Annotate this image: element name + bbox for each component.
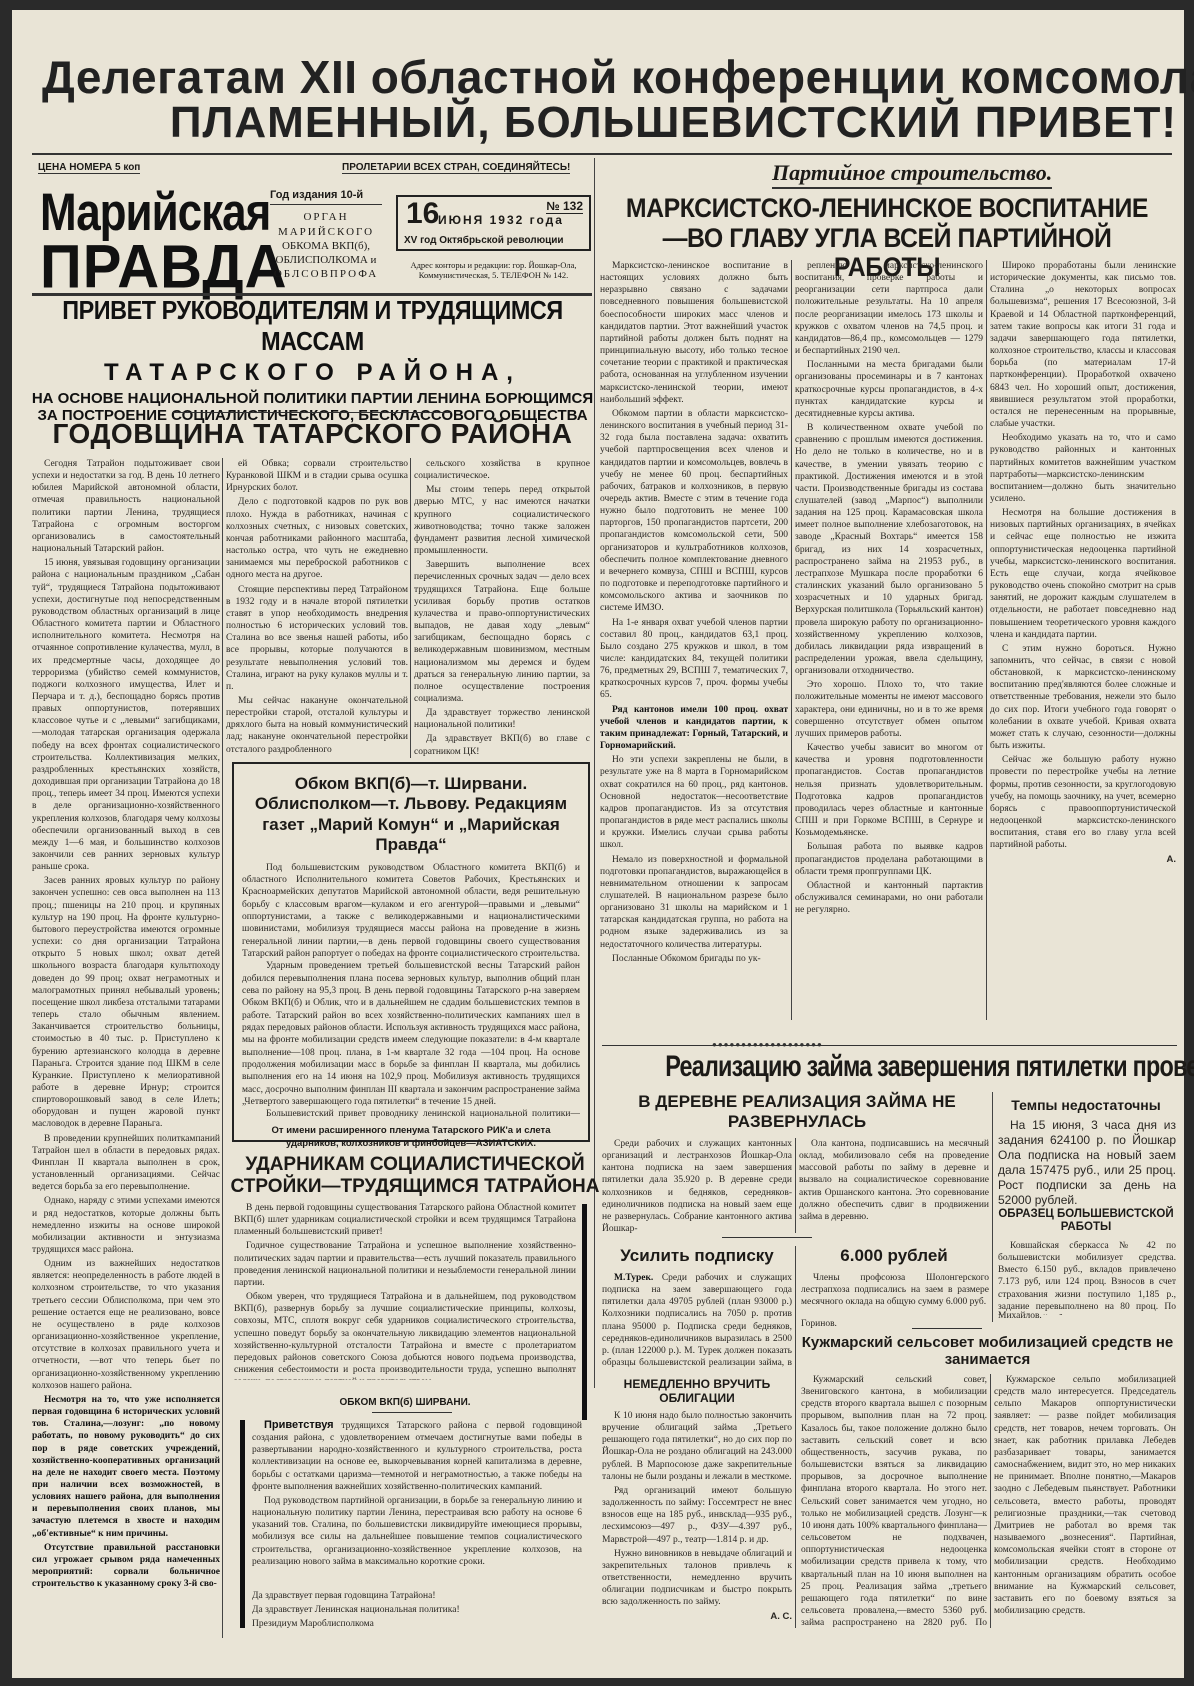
paragraph: В количественном охвате учебой по сравне…	[795, 422, 983, 677]
paragraph: Обком уверен, что трудящиеся Татрайона и…	[234, 1291, 576, 1380]
udarnikam-signature: ОБКОМ ВКП(б) ШИРВАНИ.	[234, 1396, 576, 1410]
headline-greeting: ПРИВЕТ РУКОВОДИТЕЛЯМ И ТРУДЯЩИМСЯ МАССАМ…	[30, 295, 595, 425]
year-of-issue: Год издания 10-й	[270, 188, 382, 205]
organ-block: Год издания 10-й ОРГАН МАРИЙСКОГО ОБКОМА…	[270, 188, 382, 282]
paragraph: реплению марксистско-ленинского воспитан…	[795, 260, 983, 357]
article-column: Марксистско-ленинское воспитание в насто…	[600, 260, 788, 1020]
paragraph: Посланными на места бригадами были орган…	[795, 359, 983, 420]
divider	[722, 1237, 812, 1238]
headline-anniversary: ГОДОВЩИНА ТАТАРСКОГО РАЙОНА	[30, 418, 595, 450]
article-column: ей Обвка; сорвали строительство Куранков…	[226, 458, 408, 758]
signature: Президиум Мароблисполкома	[252, 1618, 582, 1632]
paragraph: С этим нужно бороться. Нужно запомнить, …	[990, 643, 1176, 752]
paragraph: Несмотря на то, что уже исполняется перв…	[32, 1394, 220, 1540]
headline-line: ПРИВЕТ РУКОВОДИТЕЛЯМ И ТРУДЯЩИМСЯ МАССАМ	[58, 295, 567, 357]
article-column: Кужмарское сельпо мобилизацией средств м…	[994, 1374, 1176, 1628]
telegram-box: Обком ВКП(б)—т. Ширвани. Облисполком—т. …	[232, 762, 590, 1142]
paragraph: Да здравствует ВКП(б) во главе с соратни…	[414, 733, 590, 757]
headline-kuzhmar: Кужмарский сельсовет мобилизацией средст…	[799, 1334, 1176, 1369]
paragraph: Мы стоим теперь перед открытой дверью МТ…	[414, 484, 590, 557]
signature: Михайлов.	[998, 1310, 1176, 1324]
paragraph: Необходимо указать на то, что и само рук…	[990, 432, 1176, 505]
article-column: Широко проработаны были ленинские истори…	[990, 260, 1176, 1020]
divider	[372, 1412, 452, 1413]
paragraph: Однако, наряду с этими успехами имеются …	[32, 1195, 220, 1256]
headline-loan: Реализацию займа завершения пятилетки пр…	[665, 1050, 1114, 1084]
telegram-title: Обком ВКП(б)—т. Ширвани. Облисполком—т. …	[242, 774, 580, 856]
column-divider	[990, 1374, 991, 1628]
paragraph: 15 июня, увязывая годовщину организации …	[32, 557, 220, 873]
article-column: сельского хозяйства в крупное социалисти…	[414, 458, 590, 758]
column-divider	[986, 260, 987, 1020]
divider	[602, 1045, 1177, 1046]
paragraph: Нужно виновников в невыдаче облигаций и …	[602, 1548, 792, 1609]
headline-village-loan: В ДЕРЕВНЕ РЕАЛИЗАЦИЯ ЗАЙМА НЕ РАЗВЕРНУЛА…	[602, 1092, 992, 1131]
paragraph: трудящихся Татарского района с первой го…	[252, 1421, 582, 1492]
column-divider	[992, 1092, 993, 1322]
newspaper-page: Делегатам XII областной конференции комс…	[12, 10, 1184, 1678]
column-divider	[795, 1138, 796, 1233]
telegram-body: Под большевистским руководством Областно…	[242, 862, 580, 1120]
paragraph: Сегодня Татрайон подытоживает свои успех…	[32, 458, 220, 555]
organ-line: ОБЛИСПОЛКОМА и	[270, 253, 382, 267]
logo-line-2: ПРАВДА	[40, 238, 255, 296]
signature: Горинов.	[801, 1318, 979, 1332]
paragraph: Ковшайская сберкасса № 42 по большевистс…	[998, 1240, 1176, 1315]
paragraph: В день первой годовщины существования Та…	[234, 1202, 576, 1238]
rubric-party-building: Партийное строительство.	[772, 160, 1052, 189]
paragraph: Несмотря на большие достижения в низовых…	[990, 507, 1176, 641]
paragraph: Ряд организаций имеют большую задолженно…	[602, 1485, 792, 1546]
paragraph: К 10 июня надо было полностью закончить …	[602, 1410, 792, 1483]
date-day: 16	[406, 197, 439, 231]
slogan: ПРОЛЕТАРИИ ВСЕХ СТРАН, СОЕДИНЯЙТЕСЬ!	[342, 162, 570, 174]
location-lead: М.Турек.	[614, 1273, 653, 1283]
headline-line: ТАТАРСКОГО РАЙОНА,	[30, 359, 595, 387]
signature: А.	[990, 854, 1176, 866]
paragraph: Годичное существование Татрайона и успеш…	[234, 1240, 576, 1289]
border-bar	[582, 1204, 587, 1420]
paragraph: Большая работа по выявке кадров пропаган…	[795, 841, 983, 877]
signature: А. С.	[602, 1611, 792, 1623]
price-label: ЦЕНА НОМЕРА 5 коп	[38, 162, 140, 174]
paragraph: Одним из важнейших недостатков является:…	[32, 1258, 220, 1392]
paragraph: сельского хозяйства в крупное социалисти…	[414, 458, 590, 482]
article-column: Кужмарский сельский совет, Звениговского…	[801, 1374, 987, 1628]
date-month: ИЮНЯ 1932 года	[438, 213, 564, 227]
paragraph: Это хорошо. Плохо то, что такие положите…	[795, 679, 983, 740]
paragraph: Посланные Обкомом бригады по ук-	[600, 953, 788, 965]
paragraph: Мы сейчас накануне окончательной перестр…	[226, 695, 408, 756]
paragraph: ей Обвка; сорвали строительство Куранков…	[226, 458, 408, 494]
paragraph: Ряд кантонов имели 100 проц. охват учебо…	[600, 704, 788, 753]
telegram-signature-2: ударников, колхозников и финбойцев—АЗИАТ…	[242, 1137, 580, 1150]
paragraph: Засев ранних яровых культур по району за…	[32, 875, 220, 1130]
paragraph: Областной и кантонный партактив обслужив…	[795, 880, 983, 916]
paragraph: Кужмарский сельский совет, Звениговского…	[801, 1374, 987, 1628]
organ-line: ОБЛСОВПРОФА	[270, 267, 382, 281]
paragraph: Обкомом партии в области марксистско-лен…	[600, 408, 788, 615]
paragraph: Ударным проведением третьей большевистск…	[242, 960, 580, 1108]
slogan-line: Да здравствует Ленинская национальная по…	[252, 1604, 582, 1618]
article-column: На 15 июня, 3 часа дня из задания 624100…	[998, 1118, 1176, 1208]
paragraph: Немало из поверхностной и формальной под…	[600, 854, 788, 951]
headline-pace: Темпы недостаточны	[996, 1097, 1176, 1113]
article-column: реплению марксистско-ленинского воспитан…	[795, 260, 983, 1020]
article-column: Ковшайская сберкасса № 42 по большевистс…	[998, 1240, 1176, 1315]
paragraph: Сейчас же большую работу нужно провести …	[990, 754, 1176, 851]
paragraph: Да здравствует торжество ленинской нацио…	[414, 707, 590, 731]
paragraph: Среди рабочих и служащих подписка на зае…	[602, 1273, 792, 1370]
paragraph: Дело с подготовкой кадров по рук вов пло…	[226, 496, 408, 581]
paragraph: Кужмарское сельпо мобилизацией средств м…	[994, 1374, 1176, 1617]
banner-line-2: ПЛАМЕННЫЙ, БОЛЬШЕВИСТСКИЙ ПРИВЕТ!	[12, 98, 1177, 148]
headline-6000-rubles: 6.000 рублей	[799, 1246, 989, 1266]
telegram-signature-1: От имени расширенного пленума Татарского…	[242, 1124, 580, 1137]
article-column: Сегодня Татрайон подытоживает свои успех…	[32, 458, 220, 1638]
article-column: В день первой годовщины существования Та…	[234, 1202, 576, 1380]
article-column: Члены профсоюза Шолонгерского лестрапхоз…	[801, 1272, 989, 1322]
slogan-line: Да здравствует первая годовщина Татрайон…	[252, 1590, 582, 1604]
organ-line: МАРИЙСКОГО	[270, 225, 382, 239]
divider	[172, 412, 452, 413]
paragraph: На 15 июня, 3 часа дня из задания 624100…	[998, 1118, 1176, 1208]
article-column: К 10 июня надо было полностью закончить …	[602, 1410, 792, 1628]
lead-word: Приветствуя	[264, 1419, 334, 1431]
paragraph: Ола кантона, подписавшись на месячный ок…	[799, 1138, 989, 1223]
column-divider	[791, 260, 792, 1020]
headline-example: ОБРАЗЕЦ БОЛЬШЕВИСТСКОЙ РАБОТЫ	[996, 1208, 1176, 1234]
logo-line-1: Марийская	[40, 188, 255, 238]
editorial-address: Адрес конторы и редакции: гор. Йошкар-Ол…	[396, 260, 591, 280]
paragraph: Стоящие перспективы перед Татрайоном в 1…	[226, 584, 408, 693]
headline-line: НА ОСНОВЕ НАЦИОНАЛЬНОЙ ПОЛИТИКИ ПАРТИИ Л…	[30, 390, 595, 407]
divider	[32, 153, 1172, 155]
banner-line-1: Делегатам XII областной конференции комс…	[42, 50, 1172, 104]
headline-shock-workers: УДАРНИКАМ СОЦИАЛИСТИЧЕСКОЙ СТРОЙКИ—ТРУДЯ…	[230, 1154, 600, 1198]
paragraph: Отсутствие правильной расстановки сил уг…	[32, 1542, 220, 1591]
newspaper-logo: Марийская ПРАВДА	[40, 188, 255, 293]
paragraph: Под руководством партийной организации, …	[252, 1495, 582, 1568]
article-column: Приветствуя трудящихся Татарского района…	[252, 1418, 582, 1588]
paragraph: Члены профсоюза Шолонгерского лестрапхоз…	[801, 1272, 989, 1308]
date-box: 16 ИЮНЯ 1932 года № 132 XV год Октябрьск…	[396, 195, 591, 251]
paragraph: В проведении крупнейших политкампаний Та…	[32, 1133, 220, 1194]
headline-increase-subscription: Усилить подписку	[602, 1246, 792, 1266]
article-column: Среди рабочих и служащих кантонных орган…	[602, 1138, 792, 1233]
column-divider	[410, 458, 411, 758]
headline-deliver-bonds: НЕМЕДЛЕННО ВРУЧИТЬ ОБЛИГАЦИИ	[602, 1378, 792, 1406]
article-column: Ола кантона, подписавшись на месячный ок…	[799, 1138, 989, 1233]
revolution-year: XV год Октябрьской революции	[404, 235, 564, 246]
column-divider	[222, 458, 223, 1638]
paragraph: Марксистско-ленинское воспитание в насто…	[600, 260, 788, 406]
organ-line: ОРГАН	[270, 210, 382, 224]
border-bar	[240, 1420, 245, 1628]
paragraph: На 1-е января охват учебой членов партии…	[600, 617, 788, 702]
paragraph: Широко проработаны были ленинские истори…	[990, 260, 1176, 430]
article-column: М.Турек. Среди рабочих и служащих подпис…	[602, 1272, 792, 1370]
paragraph: Среди рабочих и служащих кантонных орган…	[602, 1138, 792, 1233]
paragraph: Большевистский привет проводнику ленинск…	[242, 1108, 580, 1119]
divider	[912, 1328, 982, 1329]
paragraph: Качество учебы зависит во многом от каче…	[795, 742, 983, 839]
issue-number: № 132	[546, 199, 583, 214]
column-divider	[795, 1246, 796, 1628]
paragraph: Завершить выполнение всех перечисленных …	[414, 559, 590, 705]
paragraph: Но эти успехи закреплены не были, в резу…	[600, 754, 788, 851]
paragraph: Под большевистским руководством Областно…	[242, 862, 580, 961]
organ-line: ОБКОМА ВКП(б),	[270, 239, 382, 253]
